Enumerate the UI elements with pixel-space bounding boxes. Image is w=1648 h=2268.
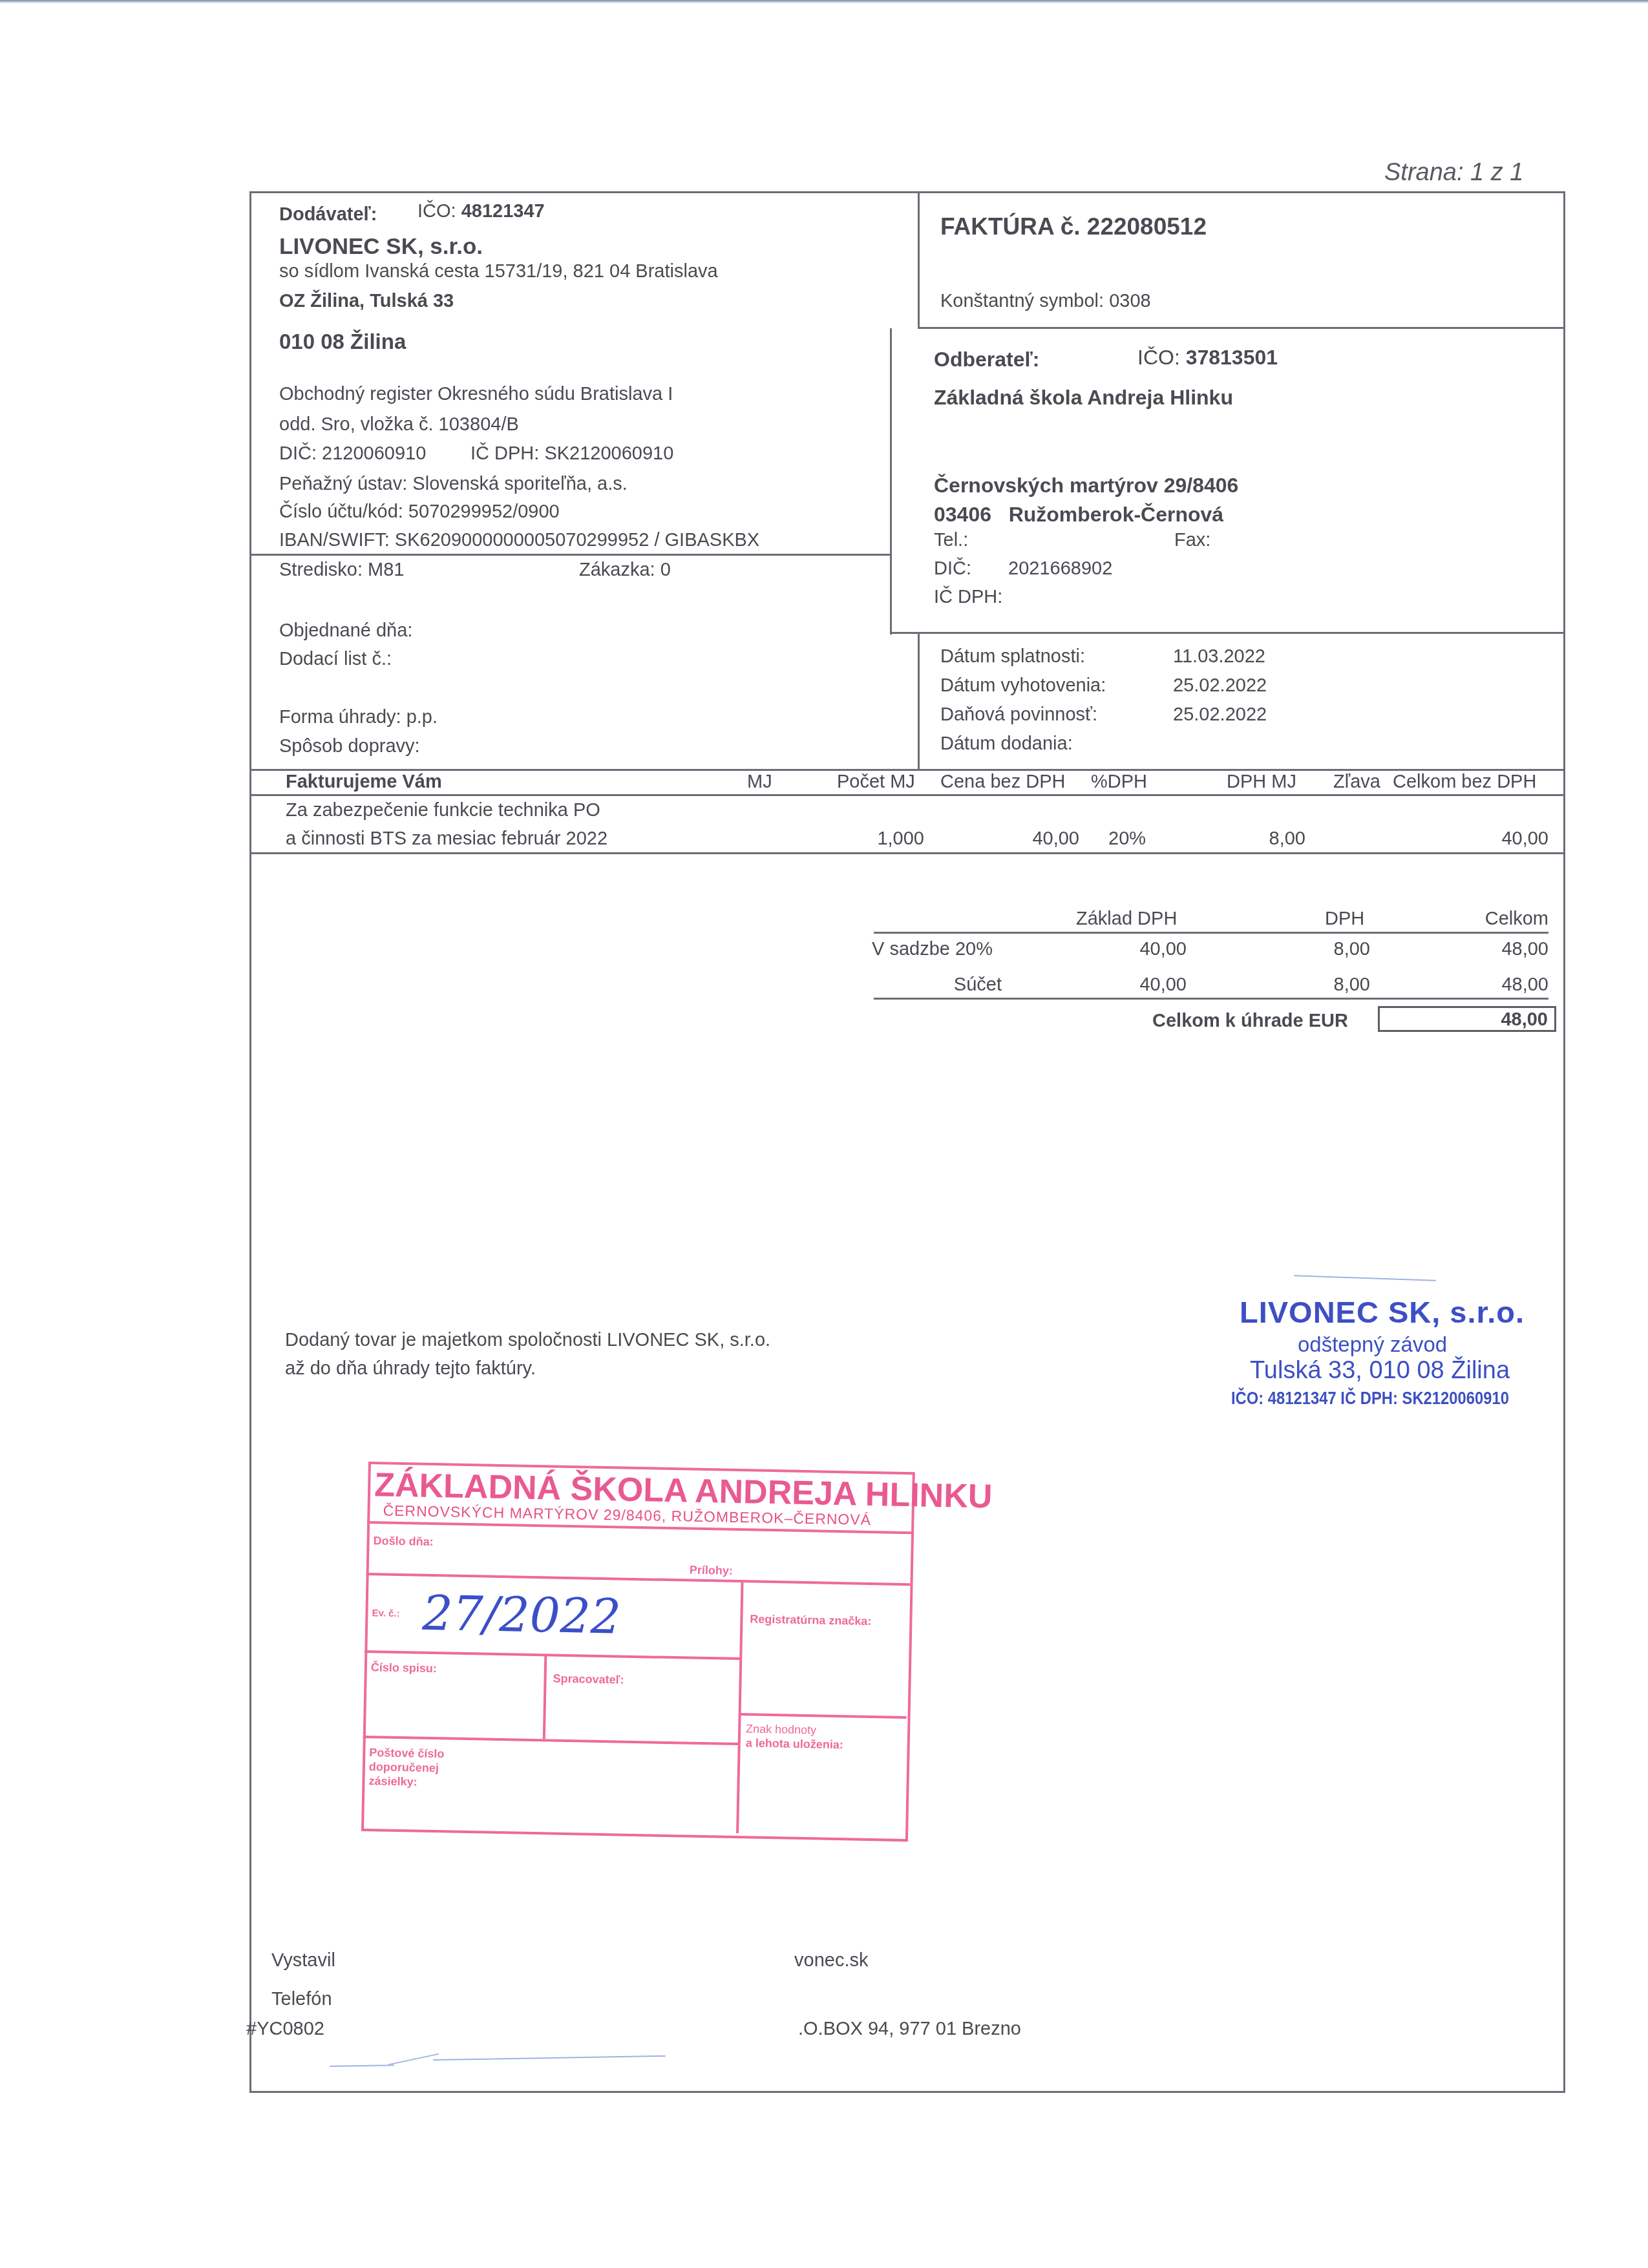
stamp-address: Tulská 33, 010 08 Žilina bbox=[1250, 1357, 1510, 1385]
supplier-seat: so sídlom Ivanská cesta 15731/19, 821 04… bbox=[279, 262, 718, 281]
stamp-company-name: LIVONEC SK, s.r.o. bbox=[1240, 1294, 1525, 1330]
issue-date-value: 25.02.2022 bbox=[1173, 677, 1267, 695]
transport-method: Spôsob dopravy: bbox=[279, 737, 420, 756]
tax-date-value: 25.02.2022 bbox=[1173, 706, 1267, 724]
doc-code: #YC0802 bbox=[246, 2020, 324, 2039]
delivery-date-label: Dátum dodania: bbox=[940, 735, 1073, 753]
supplier-branch: OZ Žilina, Tulská 33 bbox=[279, 292, 454, 311]
col-unit: MJ bbox=[747, 773, 772, 792]
amount-due-value: 48,00 bbox=[1501, 1011, 1548, 1029]
postal-label-1: Poštové číslo bbox=[369, 1746, 444, 1761]
summary-sum-vat: 8,00 bbox=[1241, 976, 1370, 994]
cost-center: Stredisko: M81 bbox=[279, 561, 404, 580]
supplier-name: LIVONEC SK, s.r.o. bbox=[279, 234, 483, 260]
postal-label-3: zásielky: bbox=[368, 1774, 417, 1789]
invoice-title: FAKTÚRA č. 222080512 bbox=[940, 213, 1207, 240]
customer-zip-city: 03406 Ružomberok-Černová bbox=[934, 503, 1223, 527]
customer-zip: 03406 bbox=[934, 503, 991, 526]
issued-by-label: Vystavil bbox=[271, 1951, 335, 1970]
notice-line-2: až do dňa úhrady tejto faktúry. bbox=[285, 1360, 536, 1378]
footer-pobox: .O.BOX 94, 977 01 Brezno bbox=[798, 2020, 1021, 2039]
attachments-label: Prílohy: bbox=[690, 1564, 733, 1578]
summary-col-base: Základ DPH bbox=[1076, 910, 1177, 929]
summary-sum-base: 40,00 bbox=[1057, 976, 1187, 994]
ev-number-handwritten: 27/2022 bbox=[422, 1586, 622, 1645]
supplier-ico-value: 48121347 bbox=[461, 201, 545, 222]
supplier-bank: Peňažný ústav: Slovenská sporiteľňa, a.s… bbox=[279, 475, 628, 494]
customer-ic-dph: IČ DPH: bbox=[934, 588, 1002, 607]
customer-city: Ružomberok-Černová bbox=[1009, 503, 1224, 526]
col-vat-unit: DPH MJ bbox=[1227, 773, 1296, 792]
supplier-ico: IČO: 48121347 bbox=[417, 202, 545, 221]
supplier-city: 010 08 Žilina bbox=[279, 330, 406, 354]
summary-rate-vat: 8,00 bbox=[1241, 940, 1370, 959]
col-description: Fakturujeme Vám bbox=[286, 773, 442, 792]
stamp-subtitle: odštepný závod bbox=[1298, 1332, 1447, 1357]
item-total: 40,00 bbox=[1419, 830, 1548, 848]
phone-label: Telefón bbox=[271, 1990, 332, 2009]
stamp-ids: IČO: 48121347 IČ DPH: SK2120060910 bbox=[1231, 1388, 1509, 1409]
customer-tel: Tel.: bbox=[934, 531, 968, 550]
supplier-heading: Dodávateľ: bbox=[279, 205, 377, 224]
item-vat-pct: 20% bbox=[1108, 830, 1146, 848]
footer-web: vonec.sk bbox=[794, 1951, 868, 1970]
signature-stroke-footer-3 bbox=[433, 2055, 666, 2061]
summary-rate-total: 48,00 bbox=[1419, 940, 1548, 959]
item-description-2: a činnosti BTS za mesiac február 2022 bbox=[286, 830, 607, 848]
customer-heading: Odberateľ: bbox=[934, 348, 1039, 372]
customer-dic-value: 2021668902 bbox=[1008, 560, 1112, 578]
due-date-label: Dátum splatnosti: bbox=[940, 647, 1085, 666]
value-sign-label-2: a lehota uloženia: bbox=[746, 1736, 843, 1752]
customer-street: Černovských martýrov 29/8406 bbox=[934, 474, 1238, 498]
delivery-note: Dodací list č.: bbox=[279, 650, 392, 669]
page-counter: Strana: 1 z 1 bbox=[1384, 159, 1523, 187]
item-price: 40,00 bbox=[950, 830, 1079, 848]
notice-line-1: Dodaný tovar je majetkom spoločnosti LIV… bbox=[285, 1331, 770, 1350]
supplier-account: Číslo účtu/kód: 5070299952/0900 bbox=[279, 503, 560, 521]
signature-stroke bbox=[1294, 1275, 1436, 1281]
summary-col-vat: DPH bbox=[1325, 910, 1364, 929]
amount-due-label: Celkom k úhrade EUR bbox=[1152, 1012, 1348, 1031]
customer-fax: Fax: bbox=[1174, 531, 1210, 550]
customer-name: Základná škola Andreja Hlinku bbox=[934, 386, 1233, 410]
supplier-iban: IBAN/SWIFT: SK6209000000005070299952 / G… bbox=[279, 531, 759, 550]
received-date-label: Došlo dňa: bbox=[373, 1534, 433, 1549]
item-vat-unit: 8,00 bbox=[1176, 830, 1305, 848]
supplier-register-1: Obchodný register Okresného súdu Bratisl… bbox=[279, 385, 673, 404]
item-description-1: Za zabezpečenie funkcie technika PO bbox=[286, 801, 600, 820]
customer-ico: IČO: 37813501 bbox=[1137, 346, 1278, 370]
constant-symbol: Konštantný symbol: 0308 bbox=[940, 292, 1151, 311]
col-vat-pct: %DPH bbox=[1091, 773, 1147, 792]
col-price: Cena bez DPH bbox=[940, 773, 1065, 792]
col-qty: Počet MJ bbox=[837, 773, 915, 792]
value-sign-label-1: Znak hodnoty bbox=[746, 1722, 816, 1737]
supplier-ic-dph: IČ DPH: SK2120060910 bbox=[470, 445, 673, 463]
col-total: Celkom bez DPH bbox=[1393, 773, 1536, 792]
col-discount: Zľava bbox=[1333, 773, 1380, 792]
customer-dic-label: DIČ: bbox=[934, 560, 971, 578]
customer-ico-value: 37813501 bbox=[1186, 346, 1278, 369]
summary-rate-base: 40,00 bbox=[1057, 940, 1187, 959]
due-date-value: 11.03.2022 bbox=[1173, 647, 1265, 666]
supplier-ico-label: IČO: bbox=[417, 201, 456, 222]
signature-stroke-footer-2 bbox=[388, 2053, 439, 2066]
customer-ico-label: IČO: bbox=[1137, 346, 1180, 369]
scan-edge bbox=[0, 0, 1648, 3]
ev-number-label: Ev. č.: bbox=[372, 1608, 399, 1619]
processor-label: Spracovateľ: bbox=[553, 1672, 624, 1687]
supplier-dic: DIČ: 2120060910 bbox=[279, 445, 426, 463]
order-number: Zákazka: 0 bbox=[579, 561, 671, 580]
postal-label-2: doporučenej bbox=[369, 1760, 439, 1775]
item-qty: 1,000 bbox=[795, 830, 924, 848]
signature-stroke-footer bbox=[330, 2064, 394, 2067]
summary-rate-label: V sadzbe 20% bbox=[872, 940, 993, 959]
file-number-label: Číslo spisu: bbox=[371, 1661, 437, 1675]
amount-due-box: 48,00 bbox=[1378, 1006, 1556, 1032]
summary-sum-total: 48,00 bbox=[1419, 976, 1548, 994]
registry-mark-label: Registratúrna značka: bbox=[750, 1612, 871, 1628]
summary-col-total: Celkom bbox=[1419, 910, 1548, 929]
issue-date-label: Dátum vyhotovenia: bbox=[940, 677, 1106, 695]
supplier-register-2: odd. Sro, vložka č. 103804/B bbox=[279, 415, 519, 434]
summary-sum-label: Súčet bbox=[872, 976, 1002, 994]
registry-stamp: ZÁKLADNÁ ŠKOLA ANDREJA HLINKU ČERNOVSKÝC… bbox=[361, 1462, 914, 1842]
tax-date-label: Daňová povinnosť: bbox=[940, 706, 1097, 724]
payment-form: Forma úhrady: p.p. bbox=[279, 708, 438, 727]
ordered-on: Objednané dňa: bbox=[279, 622, 412, 640]
